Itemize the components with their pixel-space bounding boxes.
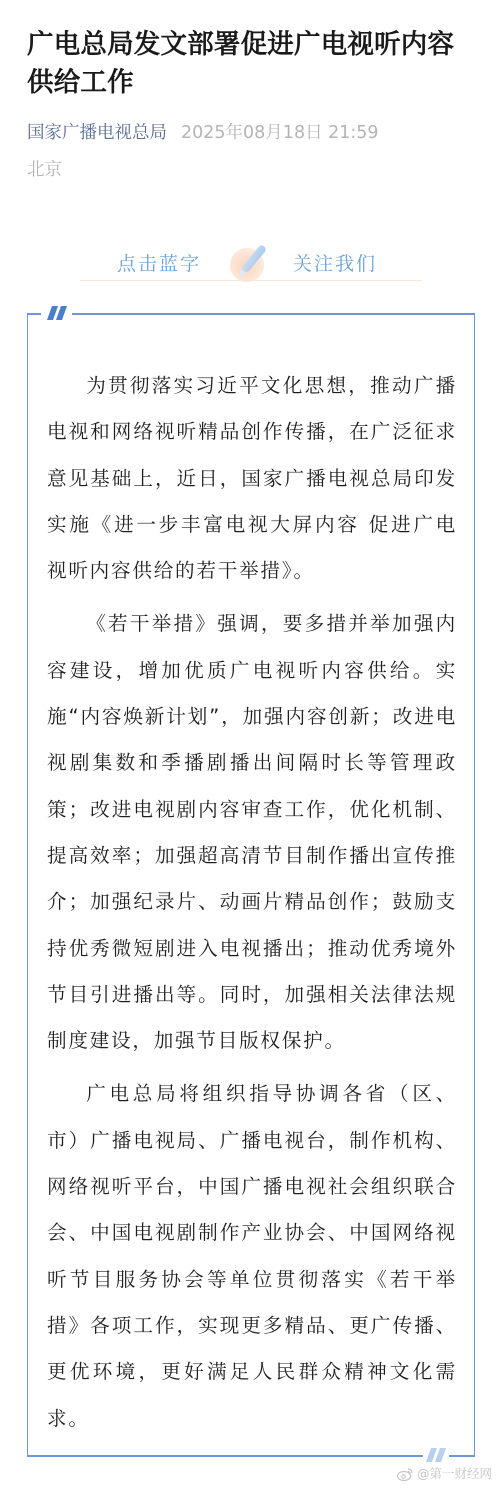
body-paragraph: 广电总局将组织指导协调各省（区、市）广播电视局、广播电视台，制作机构、网络视听平… [47, 1071, 457, 1441]
frame-bottom-border [27, 1455, 423, 1457]
follow-text-right: 关注我们 [293, 252, 377, 276]
frame-top-border [72, 313, 475, 315]
source-account-link[interactable]: 国家广播电视总局 [27, 123, 167, 143]
weibo-icon [397, 1467, 414, 1481]
follow-text-left: 点击蓝字 [117, 252, 201, 276]
body-paragraph: 为贯彻落实习近平文化思想，推动广播电视和网络视听精品创作传播，在广泛征求意见基础… [47, 363, 457, 594]
watermark-text: @第一财经网 [417, 1464, 492, 1484]
body-paragraph: 《若干举措》强调，要多措并举加强内容建设，增加优质广电视听内容供给。实施“内容焕… [47, 601, 457, 1064]
article-meta: 国家广播电视总局2025年08月18日 21:59 [27, 120, 379, 146]
weibo-watermark: @第一财经网 [397, 1464, 492, 1484]
quote-slash-icon [46, 304, 70, 322]
follow-banner[interactable]: 点击蓝字 关注我们 [80, 238, 422, 282]
publish-location: 北京 [27, 157, 62, 183]
frame-top-border [27, 313, 41, 315]
article-title: 广电总局发文部署促进广电视听内容供给工作 [27, 26, 467, 102]
article-body: 为贯彻落实习近平文化思想，推动广播电视和网络视听精品创作传播，在广泛征求意见基础… [47, 363, 457, 1449]
frame-bottom-border [449, 1455, 475, 1457]
publish-date: 2025年08月18日 21:59 [181, 123, 379, 143]
banner-divider [80, 280, 422, 281]
